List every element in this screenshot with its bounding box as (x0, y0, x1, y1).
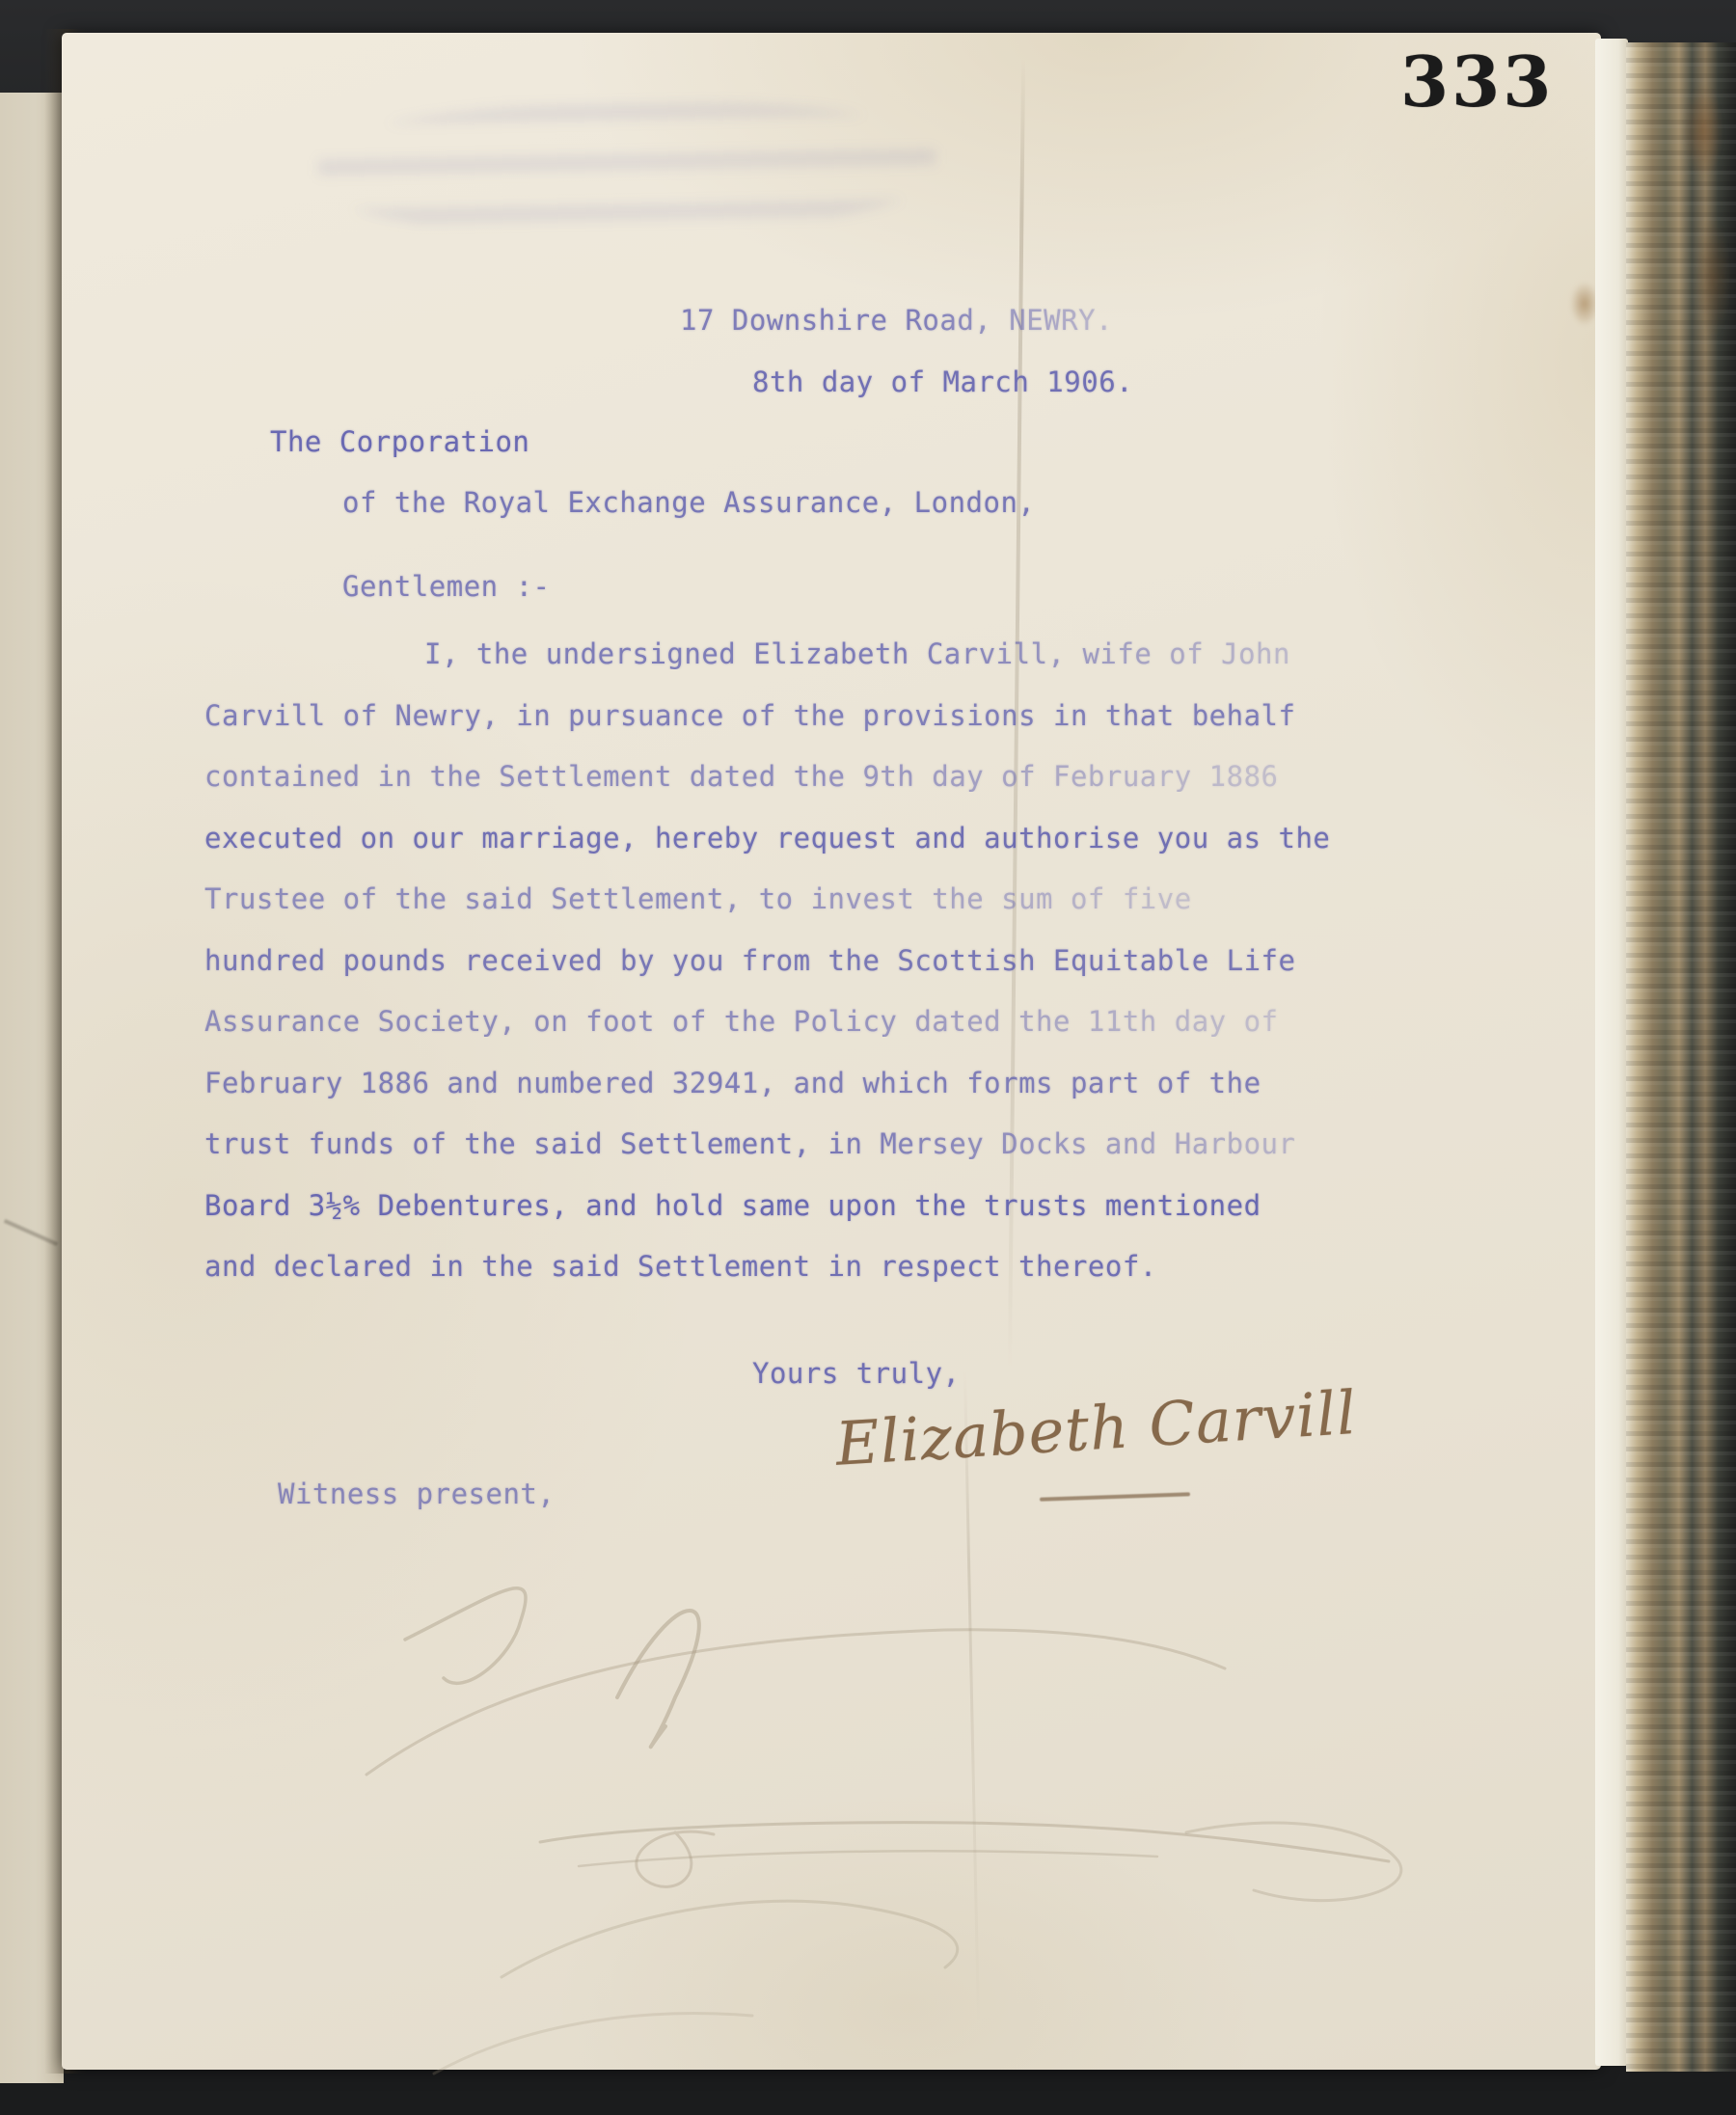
pencil-signature-marks (0, 0, 1736, 2115)
book-scan: { "page_number": "333", "letter": { "add… (0, 0, 1736, 2115)
